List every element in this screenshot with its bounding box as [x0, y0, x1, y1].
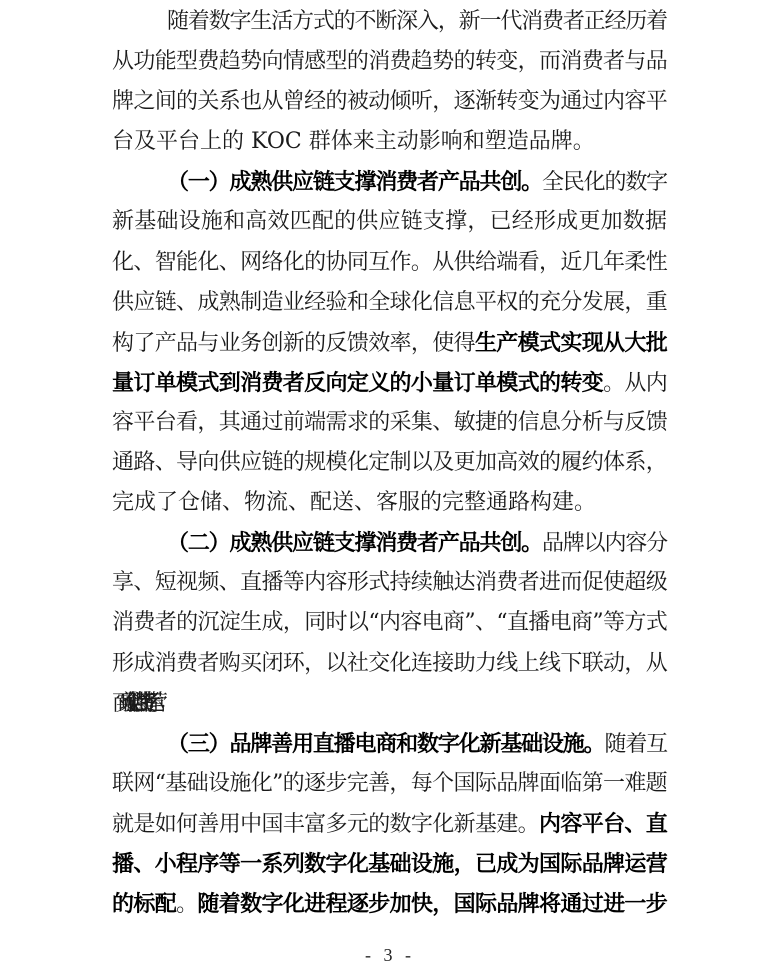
text-line: 随着数字生活方式的不断深入，新一代消费者正经历着 — [112, 2, 667, 42]
bold-text: 内容平台、直 — [539, 811, 667, 837]
body-text: 从功能型费趋势向情感型的消费趋势的转变，而消费者与品 — [112, 49, 667, 74]
body-text: 形成消费者购买闭环，以社交化连接助力线上线下联动，从 — [112, 651, 667, 676]
body-text: 消费者的沉淀生成，同时以“内容电商”、“直播电商”等方式 — [112, 610, 667, 635]
paragraph-intro: 随着数字生活方式的不断深入，新一代消费者正经历着从功能型费趋势向情感型的消费趋势… — [112, 2, 667, 162]
text-line: 的标配。随着数字化进程逐步加快，国际品牌将通过进一步 — [112, 884, 667, 924]
body-text: 全民化的数字 — [542, 170, 667, 195]
bold-text: （三）品牌善用直播电商和数字化新基础设施。 — [167, 731, 605, 757]
body-text: 构了产品与业务创新的反馈效率，使得 — [112, 331, 475, 356]
text-line: 就是如何善用中国丰富多元的数字化新基建。内容平台、直 — [112, 804, 667, 844]
text-line: （一）成熟供应链支撑消费者产品共创。全民化的数字 — [112, 162, 667, 202]
bold-text: （一）成熟供应链支撑消费者产品共创。 — [167, 169, 542, 195]
body-text: 随着互 — [605, 732, 668, 757]
bold-text: （二）成熟供应链支撑消费者产品共创。 — [167, 530, 542, 556]
body-text: 容平台看，其通过前端需求的采集、敏捷的信息分析与反馈 — [112, 410, 667, 435]
body-text: 通路、导向供应链的规模化定制以及更加高效的履约体系， — [112, 450, 667, 475]
text-line: 联网“基础设施化”的逐步完善，每个国际品牌面临第一难题 — [112, 764, 667, 804]
text-line: 化、智能化、网络化的协同互作。从供给端看，近几年柔性 — [112, 243, 667, 283]
text-line: 容平台看，其通过前端需求的采集、敏捷的信息分析与反馈 — [112, 403, 667, 443]
text-line: 台及平台上的 KOC 群体来主动影响和塑造品牌。 — [112, 122, 667, 162]
text-line: 通路、导向供应链的规模化定制以及更加高效的履约体系， — [112, 443, 667, 483]
body-text: 。从内 — [603, 371, 667, 396]
paragraph-section-2: （二）成熟供应链支撑消费者产品共创。品牌以内容分享、短视频、直播等内容形式持续触… — [112, 523, 667, 723]
body-text: 就是如何善用中国丰富多元的数字化新基建。 — [112, 812, 539, 837]
body-text: 化、智能化、网络化的协同互作。从供给端看，近几年柔性 — [112, 250, 667, 275]
document-body: 随着数字生活方式的不断深入，新一代消费者正经历着从功能型费趋势向情感型的消费趋势… — [112, 2, 667, 924]
body-text: 完成了仓储、物流、配送、客服的完整通路构建。 — [112, 490, 596, 515]
body-text: 而实现全触点消费者运营。 — [112, 691, 153, 716]
text-line: 享、短视频、直播等内容形式持续触达消费者进而促使超级 — [112, 563, 667, 603]
page-number: - 3 - — [0, 941, 780, 969]
body-text: 台及平台上的 KOC 群体来主动影响和塑造品牌。 — [112, 129, 595, 154]
body-text: 供应链、成熟制造业经验和全球化信息平权的充分发展，重 — [112, 290, 667, 315]
text-line: 构了产品与业务创新的反馈效率，使得生产模式实现从大批 — [112, 323, 667, 363]
body-text: 品牌以内容分 — [542, 531, 667, 556]
body-text: 享、短视频、直播等内容形式持续触达消费者进而促使超级 — [112, 570, 667, 595]
bold-text: 生产模式实现从大批 — [475, 330, 667, 356]
paragraph-section-3: （三）品牌善用直播电商和数字化新基础设施。随着互联网“基础设施化”的逐步完善，每… — [112, 724, 667, 924]
body-text: 随着数字生活方式的不断深入，新一代消费者正经历着 — [167, 9, 667, 34]
bold-text: 量订单模式到消费者反向定义的小量订单模式的转变 — [112, 370, 603, 396]
body-text: 。 — [176, 892, 197, 917]
text-line: 而实现全触点消费者运营。 — [112, 684, 667, 724]
body-text: 牌之间的关系也从曾经的被动倾听，逐渐转变为通过内容平 — [112, 89, 667, 114]
text-line: （三）品牌善用直播电商和数字化新基础设施。随着互 — [112, 724, 667, 764]
bold-text: 随着数字化进程逐步加快，国际品牌将通过进一步 — [197, 891, 667, 917]
text-line: 消费者的沉淀生成，同时以“内容电商”、“直播电商”等方式 — [112, 603, 667, 643]
text-line: 供应链、成熟制造业经验和全球化信息平权的充分发展，重 — [112, 283, 667, 323]
text-line: 播、小程序等一系列数字化基础设施，已成为国际品牌运营 — [112, 844, 667, 884]
text-line: 新基础设施和高效匹配的供应链支撑，已经形成更加数据 — [112, 202, 667, 242]
body-text: 新基础设施和高效匹配的供应链支撑，已经形成更加数据 — [112, 209, 667, 234]
text-line: 量订单模式到消费者反向定义的小量订单模式的转变。从内 — [112, 363, 667, 403]
text-line: 完成了仓储、物流、配送、客服的完整通路构建。 — [112, 483, 667, 523]
text-line: （二）成熟供应链支撑消费者产品共创。品牌以内容分 — [112, 523, 667, 563]
text-line: 牌之间的关系也从曾经的被动倾听，逐渐转变为通过内容平 — [112, 82, 667, 122]
document-page: 随着数字生活方式的不断深入，新一代消费者正经历着从功能型费趋势向情感型的消费趋势… — [0, 0, 780, 970]
bold-text: 播、小程序等一系列数字化基础设施，已成为国际品牌运营 — [112, 851, 667, 877]
bold-text: 的标配 — [112, 891, 176, 917]
text-line: 形成消费者购买闭环，以社交化连接助力线上线下联动，从 — [112, 644, 667, 684]
body-text: 联网“基础设施化”的逐步完善，每个国际品牌面临第一难题 — [112, 771, 667, 796]
text-line: 从功能型费趋势向情感型的消费趋势的转变，而消费者与品 — [112, 42, 667, 82]
paragraph-section-1: （一）成熟供应链支撑消费者产品共创。全民化的数字新基础设施和高效匹配的供应链支撑… — [112, 162, 667, 523]
